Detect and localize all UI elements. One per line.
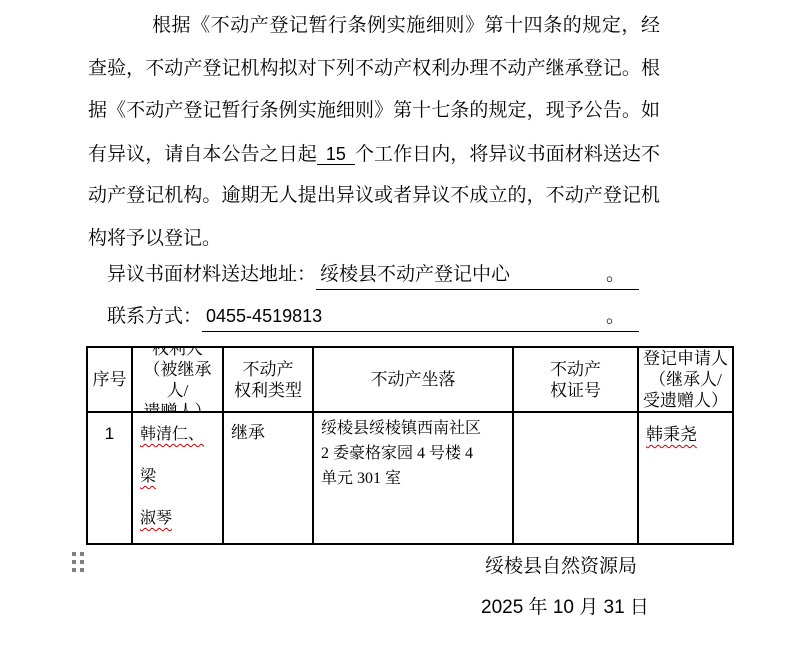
contact-underline: 0455-4519813。 xyxy=(202,301,639,332)
table-row-location: 绥棱县绥棱镇西南社区 2 委豪格家园 4 号楼 4 单元 301 室 xyxy=(314,413,514,545)
table-header-cert-no: 不动产 权证号 xyxy=(514,348,639,413)
applicant-name-spellcheck: 韩秉尧 xyxy=(646,425,697,444)
contact-period: 。 xyxy=(606,301,625,328)
contact-label: 联系方式： xyxy=(107,301,202,328)
table-row-cert-no xyxy=(514,413,639,545)
delivery-address-row: 异议书面材料送达地址：绥棱县不动产登记中心。 xyxy=(107,259,639,290)
notice-line-4-before: 有异议，请自本公告之日起 xyxy=(88,144,317,165)
contact-phone-value: 0455-4519813 xyxy=(206,306,322,327)
table-header-right-type: 不动产 权利类型 xyxy=(224,348,314,413)
handle-dot xyxy=(72,560,76,564)
handle-dot xyxy=(80,568,84,572)
delivery-address-value: 绥棱县不动产登记中心 xyxy=(320,259,510,286)
notice-line-5: 动产登记机构。逾期无人提出异议或者异议不成立的，不动产登记机 xyxy=(88,175,660,218)
delivery-address-period: 。 xyxy=(606,259,625,286)
handle-dot xyxy=(80,560,84,564)
table-row-seq: 1 xyxy=(88,413,133,545)
table-header-holder: 权利人 （被继承人/ 遗赠人） xyxy=(133,348,224,413)
table-header-applicant: 登记申请人 （继承人/ 受遗赠人） xyxy=(639,348,734,413)
notice-line-1: 根据《不动产登记暂行条例实施细则》第十四条的规定，经初步 xyxy=(88,5,660,48)
notice-line-4-after: 个工作日内，将异议书面材料送达不 xyxy=(355,144,660,165)
notice-paragraph: 根据《不动产登记暂行条例实施细则》第十四条的规定，经初步 查验，不动产登记机构拟… xyxy=(88,5,660,260)
notice-line-4: 有异议，请自本公告之日起15个工作日内，将异议书面材料送达不 xyxy=(88,133,660,176)
table-header-location: 不动产坐落 xyxy=(314,348,514,413)
delivery-address-underline: 绥棱县不动产登记中心。 xyxy=(316,259,639,290)
notice-line-6: 构将予以登记。 xyxy=(88,218,660,261)
contact-row: 联系方式：0455-4519813。 xyxy=(107,301,639,332)
table-header-seq: 序号 xyxy=(88,348,133,413)
table-row-holder: 韩清仁、梁 淑琴 xyxy=(133,413,224,545)
delivery-address-label: 异议书面材料送达地址： xyxy=(107,259,316,286)
notice-document-page: 根据《不动产登记暂行条例实施细则》第十四条的规定，经初步 查验，不动产登记机构拟… xyxy=(0,0,786,669)
handle-dot xyxy=(72,568,76,572)
notice-line-2: 查验，不动产登记机构拟对下列不动产权利办理不动产继承登记。根 xyxy=(88,48,660,91)
issuing-organization: 绥棱县自然资源局 xyxy=(485,551,637,578)
handle-dot xyxy=(72,552,76,556)
handle-dot xyxy=(80,552,84,556)
notice-line-3: 据《不动产登记暂行条例实施细则》第十七条的规定，现予公告。如 xyxy=(88,90,660,133)
objection-days-value: 15 xyxy=(317,144,355,165)
table-row-applicant: 韩秉尧 xyxy=(639,413,734,545)
holder-name-spellcheck: 韩清仁、梁 淑琴 xyxy=(140,426,204,527)
registration-table: 序号 权利人 （被继承人/ 遗赠人） 不动产 权利类型 不动产坐落 不动产 权证… xyxy=(86,346,734,545)
issue-date: 2025 年 10 月 31 日 xyxy=(481,592,649,619)
drag-handle-icon[interactable] xyxy=(72,552,85,574)
table-row-right-type: 继承 xyxy=(224,413,314,545)
